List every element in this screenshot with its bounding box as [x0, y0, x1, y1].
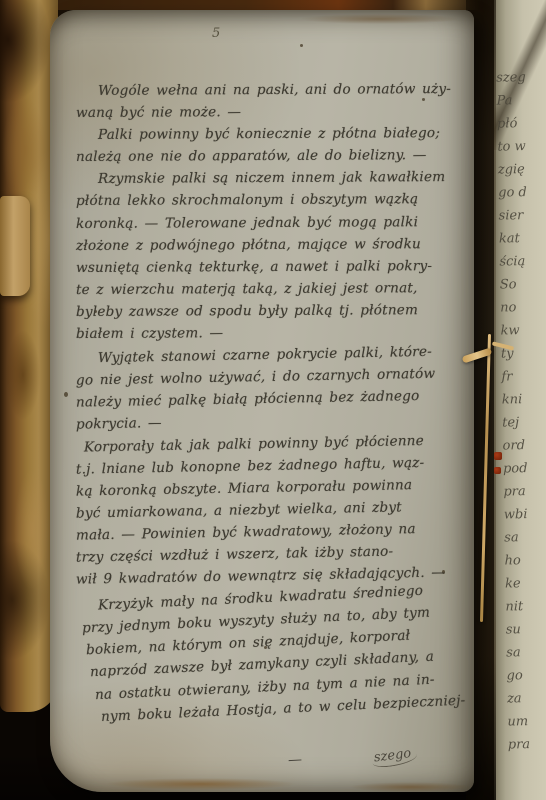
facing-page-line: nit	[505, 594, 546, 618]
manuscript-page: 5 Wogóle wełna ani na paski, ani do orna…	[50, 10, 474, 792]
handwritten-line: Palki powinny być koniecznie z płótna bi…	[76, 125, 452, 149]
handwritten-line: złożone z podwójnego płótna, mające w śr…	[76, 236, 452, 260]
handwritten-line: płótna lekko skrochmalonym i obszytym wą…	[76, 191, 452, 215]
handwritten-line: te z wierzchu materją taką, z jakiej jes…	[76, 280, 452, 304]
facing-page-line: kat	[499, 227, 546, 251]
ink-speck	[300, 44, 303, 47]
handwritten-line: Wogóle wełna ani na paski, ani do ornató…	[76, 81, 452, 105]
facing-page-line: go	[506, 663, 546, 687]
stain	[350, 782, 470, 792]
facing-page-line: um	[507, 709, 546, 733]
facing-page-line: wbi	[504, 502, 546, 526]
facing-page-line: za	[507, 686, 546, 710]
facing-page-line: sa	[506, 640, 546, 664]
facing-page-line: no	[500, 295, 546, 319]
catchword: szego	[371, 745, 418, 768]
stain	[2, 96, 46, 206]
handwritten-line: należą one nie do apparatów, ale do biel…	[76, 147, 452, 171]
stain	[300, 14, 460, 24]
facing-page-line: go d	[498, 181, 546, 205]
facing-page-line: szeg	[496, 66, 546, 90]
wax-dot	[494, 467, 501, 474]
stain	[14, 470, 50, 590]
facing-page-line: sa	[504, 525, 546, 549]
handwritten-text: Wogóle wełna ani na paski, ani do ornató…	[76, 82, 452, 723]
facing-page-line: kw	[500, 318, 546, 342]
facing-page-line: to w	[497, 135, 546, 159]
facing-page: szeg Pa płó to w zgię go d sier kat ścią…	[494, 0, 546, 800]
facing-page-line: kni	[502, 387, 546, 411]
handwritten-line: koronką. — Tolerowane jednak być mogą pa…	[76, 214, 452, 238]
facing-page-line: ke	[505, 571, 546, 595]
book-top-edge	[0, 0, 546, 10]
facing-page-line: Pa	[496, 89, 546, 113]
facing-page-line: sier	[498, 204, 546, 228]
facing-page-line: fr	[501, 364, 546, 388]
facing-page-line: płó	[497, 112, 546, 136]
separator-dash: —	[288, 752, 303, 769]
stain	[6, 330, 40, 420]
facing-page-line: ścią	[499, 250, 546, 274]
facing-page-line: su	[506, 617, 546, 641]
wax-dot	[494, 452, 502, 460]
facing-page-line: ho	[504, 548, 546, 572]
facing-page-line: pra	[508, 732, 546, 756]
facing-page-line: pra	[503, 479, 546, 503]
handwritten-line: byleby zawsze od spodu były palką tj. pł…	[76, 302, 452, 326]
facing-page-line: zgię	[498, 158, 546, 182]
facing-page-line: ord	[502, 433, 546, 457]
handwritten-line: wsuniętą cienką tekturkę, a nawet i palk…	[76, 258, 452, 282]
handwritten-line: Rzymskie palki są niczem innem jak kawał…	[76, 169, 452, 193]
stain	[106, 778, 296, 790]
manuscript-photo: szeg Pa płó to w zgię go d sier kat ścią…	[0, 0, 546, 800]
page-number: 5	[212, 26, 220, 41]
facing-page-line: So	[500, 272, 546, 296]
facing-page-text: szeg Pa płó to w zgię go d sier kat ścią…	[496, 66, 546, 757]
ink-speck	[64, 392, 68, 397]
torn-page-tab	[0, 196, 30, 296]
facing-page-line: pod	[503, 456, 546, 480]
facing-page-line: tej	[502, 410, 546, 434]
handwritten-line: waną być nie może. —	[76, 103, 452, 127]
